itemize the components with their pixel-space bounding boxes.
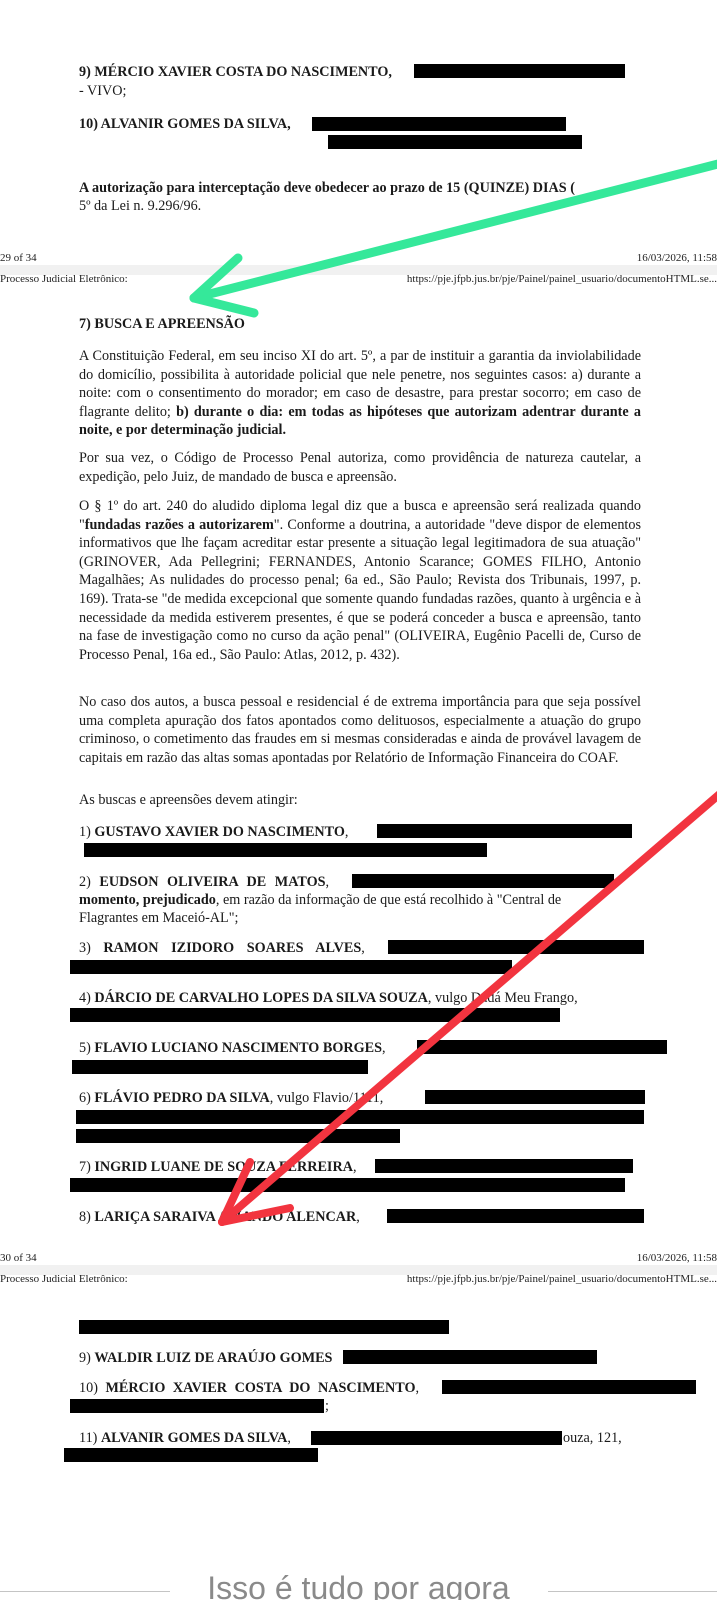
end-message: Isso é tudo por agora — [0, 1570, 717, 1600]
annotation-overlay — [0, 0, 717, 1600]
red-arrow-icon — [222, 792, 717, 1222]
green-arrow-icon — [194, 163, 717, 313]
